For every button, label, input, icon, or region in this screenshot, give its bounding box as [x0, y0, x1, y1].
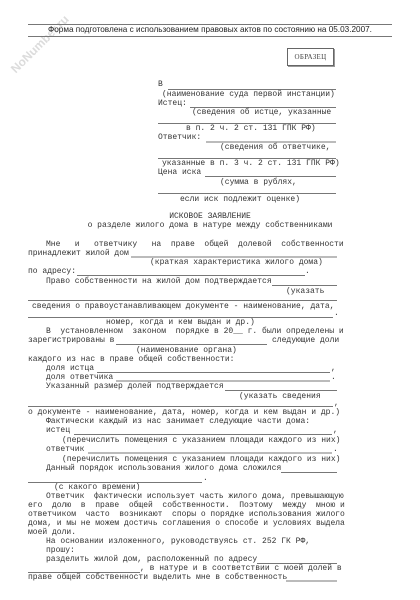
p5-line1: Фактически каждый из нас занимает следую… [46, 417, 310, 426]
p2-hint2: сведения о правоустанавливающем документ… [32, 302, 334, 311]
p7-line2: его долю в праве общей собственности. По… [28, 501, 345, 510]
address-blank[interactable] [77, 275, 305, 276]
p9-line2: , в натуре и в соответствии с моей долей… [140, 564, 342, 573]
p5-plaintiff-label: истец [46, 426, 70, 435]
p1-addr-label: по адресу: [28, 267, 76, 276]
p2-line1: Право собственности на жилой дом подтвер… [46, 277, 272, 286]
claim-price-blank-1[interactable] [205, 176, 336, 177]
p7-line4: дома, и мы не можем достичь соглашения о… [28, 519, 345, 528]
since-when-blank-1[interactable] [281, 472, 337, 473]
period: . [334, 309, 339, 318]
p1-line2: принадлежит жилой дом [28, 249, 129, 258]
ownership-doc-blank-1[interactable] [272, 285, 337, 286]
share-plaintiff-blank[interactable] [97, 372, 330, 373]
period: . [203, 474, 208, 483]
claim-price-label: Цена иска [158, 168, 201, 177]
p5-defendant-label: ответчик [46, 445, 84, 454]
defendant-hint-1: (сведения об ответчике, [220, 143, 330, 152]
p7-line3: ответчиком часто возникают споры о поряд… [28, 510, 345, 519]
defendant-label: Ответчик: [158, 133, 201, 142]
share-doc-blank-2[interactable] [28, 406, 333, 407]
period: . [333, 445, 338, 454]
comma: , [333, 426, 338, 435]
p4-hint1: (указать сведения [239, 392, 321, 401]
p6-hint: (с какого времени) [54, 483, 140, 492]
p9-line3: праве общей собственности выделить мне в… [28, 573, 287, 582]
plaintiff-hint-2: в п. 2 ч. 2 ст. 131 ГПК РФ) [186, 124, 316, 133]
allocated-property-blank[interactable] [286, 580, 337, 582]
p5-hint-plaintiff: (перечислить помещения с указанием площа… [62, 436, 340, 445]
period: . [305, 267, 310, 276]
ownership-doc-blank-2[interactable] [28, 300, 337, 301]
comma: , [334, 399, 339, 408]
p8-line2: прошу: [46, 546, 75, 555]
p4-line1: Указанный размер долей подтверждается [46, 382, 224, 391]
share-doc-blank-1[interactable] [225, 390, 337, 391]
document-subtitle: о разделе жилого дома в натуре между соб… [0, 221, 420, 230]
court-prefix: В [158, 80, 163, 89]
p3-line2b: следующие доли [272, 336, 339, 345]
p1-line1: Мне и ответчику на праве общей долевой с… [46, 240, 344, 249]
p7-line5: моей доли. [28, 528, 76, 537]
p8-line1: На основании изложенного, руководствуясь… [46, 537, 310, 546]
header-note: Форма подготовлена с использованием прав… [28, 24, 392, 37]
claim-price-hint-2: если иск подлежит оценке) [180, 195, 300, 204]
plaintiff-hint-1: (сведения об истце, указанные [192, 108, 331, 117]
registration-body-blank[interactable] [116, 344, 267, 345]
sample-stamp: ОБРАЗЕЦ [287, 48, 334, 66]
p7-line1: Ответчик фактически использует часть жил… [46, 492, 344, 501]
p2-hint1: (указать [286, 287, 324, 296]
defendant-hint-2: указанные в п. 3 ч. 2 ст. 131 ГПК РФ) [162, 159, 340, 168]
p1-hint: (краткая характеристика жилого дома) [150, 258, 323, 267]
plaintiff-label: Истец: [158, 99, 187, 108]
p3-line3: каждого из нас в праве общей собственнос… [28, 355, 234, 364]
document-page: NoNumber.ru Форма подготовлена с использ… [0, 0, 420, 600]
plaintiff-rooms-blank[interactable] [74, 434, 332, 435]
comma: , [331, 364, 336, 373]
p4-hint2: о документе - наименование, дата, номер,… [28, 408, 340, 417]
share-defendant-label: доля ответчика [46, 373, 113, 382]
defendant-rooms-blank[interactable] [88, 452, 332, 454]
p9-line1: разделить жилой дом, расположенный по ад… [46, 555, 257, 564]
p6-line1: Данный порядок использования жилого дома… [46, 464, 281, 473]
share-plaintiff-label: доля истца [46, 364, 94, 373]
p3-hint: (наименование органа) [136, 346, 237, 355]
claim-price-hint-1: (сумма в рублях, [220, 178, 297, 187]
p3-line2a: зарегистрированы в [28, 336, 114, 345]
period: . [331, 373, 336, 382]
claim-price-blank-2[interactable] [158, 193, 336, 194]
watermark: NoNumber.ru [8, 12, 72, 76]
document-title: ИСКОВОЕ ЗАЯВЛЕНИЕ [0, 212, 420, 221]
p3-line1: В установленном законом порядке в 20__ г… [46, 327, 344, 336]
p5-hint-defendant: (перечислить помещения с указанием площа… [62, 455, 340, 464]
court-hint: (наименование суда первой инстанции) [162, 90, 335, 99]
p2-hint3: номер, когда и кем выдан и др.) [106, 318, 255, 327]
